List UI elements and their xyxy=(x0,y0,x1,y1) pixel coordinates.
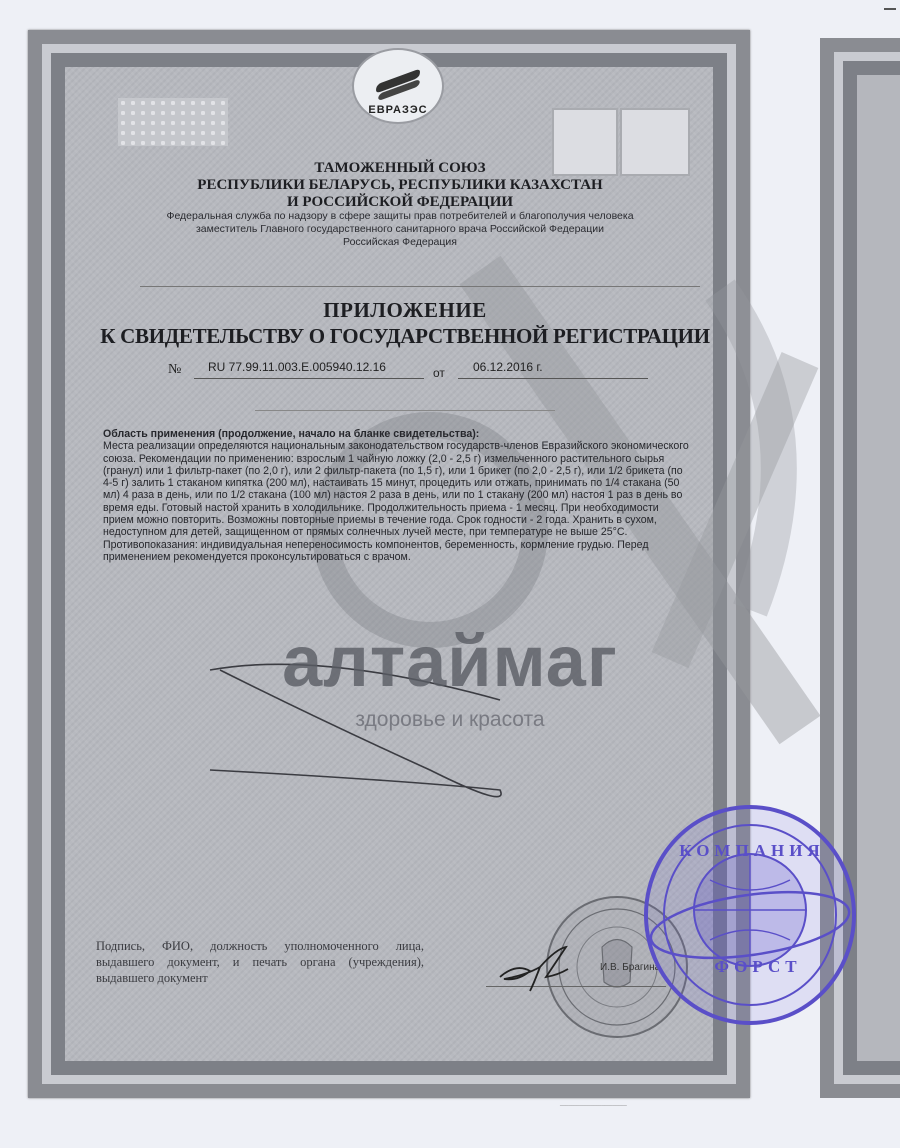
scope-heading: Область применения (продолжение, начало … xyxy=(103,428,691,440)
scope-body: Места реализации определяются национальн… xyxy=(103,440,689,563)
page-edge-mark xyxy=(884,8,896,10)
registration-date: 06.12.2016 г. xyxy=(473,360,543,374)
authority-header: Федеральная служба по надзору в сфере за… xyxy=(95,210,705,249)
signature-stroke xyxy=(200,640,530,810)
document-title: ПРИЛОЖЕНИЕ xyxy=(100,298,710,323)
registration-number-row: № RU 77.99.11.003.Е.005940.12.16 от 06.1… xyxy=(168,360,668,382)
company-stamp-icon: КОМПАНИЯ ФОРСТ xyxy=(640,800,860,1030)
fine-print-line xyxy=(140,286,700,287)
fine-print-divider xyxy=(255,410,555,411)
security-pattern xyxy=(118,98,228,146)
from-label: от xyxy=(433,366,445,380)
svg-text:КОМПАНИЯ: КОМПАНИЯ xyxy=(679,841,824,860)
print-footer: ________________________ xyxy=(560,1101,627,1107)
handwritten-signature xyxy=(496,945,576,995)
union-header: ТАМОЖЕННЫЙ СОЮЗ РЕСПУБЛИКИ БЕЛАРУСЬ, РЕС… xyxy=(100,160,700,211)
eurasec-logo-icon xyxy=(373,72,423,100)
svg-text:ФОРСТ: ФОРСТ xyxy=(714,957,801,976)
signature-label: Подпись, ФИО, должность уполномоченного … xyxy=(96,938,424,986)
document-subtitle: К СВИДЕТЕЛЬСТВУ О ГОСУДАРСТВЕННОЙ РЕГИСТ… xyxy=(100,324,710,349)
eurasec-emblem: ЕВРАЗЭС xyxy=(352,48,444,124)
application-scope-text: Область применения (продолжение, начало … xyxy=(103,428,691,563)
number-symbol: № xyxy=(168,362,181,378)
registration-number: RU 77.99.11.003.Е.005940.12.16 xyxy=(208,360,386,374)
